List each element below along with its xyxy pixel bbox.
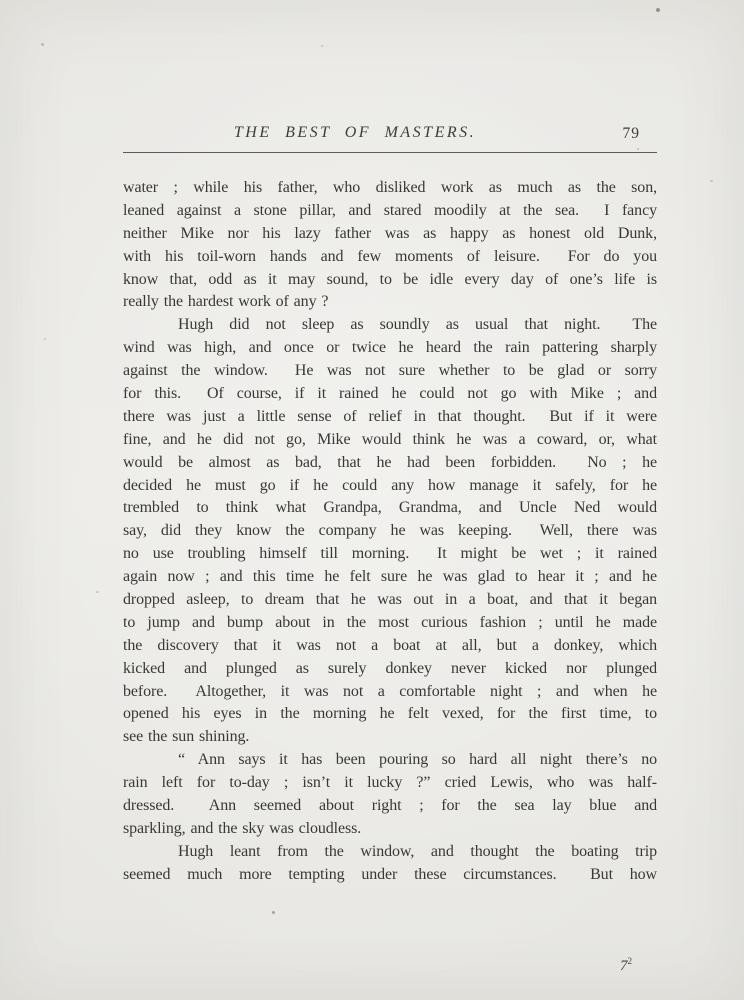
text-line: “ Ann says it has been pouring so hard a… [123, 749, 657, 772]
text-line: wind was high, and once or twice he hear… [123, 337, 657, 360]
running-head: THE BEST OF MASTERS. 79 [123, 124, 657, 146]
signature-superscript: 2 [628, 956, 633, 966]
text-line: dropped asleep, to dream that he was out… [123, 589, 657, 612]
paper-speck [321, 45, 323, 47]
text-line: decided he must go if he could any how m… [123, 475, 657, 498]
text-line: no use troubling himself till morning. I… [123, 543, 657, 566]
signature-mark: 72 [620, 956, 632, 975]
text-line: against the window. He was not sure whet… [123, 360, 657, 383]
paper-speck [710, 180, 713, 182]
paper-speck [637, 148, 639, 150]
page-number: 79 [623, 125, 641, 143]
paragraph: Hugh leant from the window, and thought … [123, 841, 657, 887]
paper-speck [272, 911, 275, 914]
text-line: would be almost as bad, that he had been… [123, 452, 657, 475]
text-line: water ; while his father, who disliked w… [123, 177, 657, 200]
paragraph: water ; while his father, who disliked w… [123, 177, 657, 314]
text-line: see the sun shining. [123, 726, 657, 749]
text-line: opened his eyes in the morning he felt v… [123, 703, 657, 726]
paragraph: Hugh did not sleep as soundly as usual t… [123, 314, 657, 749]
paragraph: “ Ann says it has been pouring so hard a… [123, 749, 657, 841]
text-line: neither Mike nor his lazy father was as … [123, 223, 657, 246]
text-line: for this. Of course, if it rained he cou… [123, 383, 657, 406]
text-line: dressed. Ann seemed about right ; for th… [123, 795, 657, 818]
text-line: kicked and plunged as surely donkey neve… [123, 658, 657, 681]
text-line: to jump and bump about in the most curio… [123, 612, 657, 635]
text-line: sparkling, and the sky was cloudless. [123, 818, 657, 841]
paper-speck [96, 591, 99, 593]
paper-speck [656, 8, 660, 12]
text-line: seemed much more tempting under these ci… [123, 864, 657, 887]
text-line: again now ; and this time he felt sure h… [123, 566, 657, 589]
text-line: leaned against a stone pillar, and stare… [123, 200, 657, 223]
text-line: Hugh leant from the window, and thought … [123, 841, 657, 864]
text-line: with his toil-worn hands and few moments… [123, 246, 657, 269]
text-line: really the hardest work of any ? [123, 291, 657, 314]
text-line: there was just a little sense of relief … [123, 406, 657, 429]
paper-speck [41, 43, 44, 46]
text-line: trembled to think what Grandpa, Grandma,… [123, 497, 657, 520]
text-line: know that, odd as it may sound, to be id… [123, 269, 657, 292]
running-title: THE BEST OF MASTERS. [123, 124, 587, 142]
text-line: fine, and he did not go, Mike would thin… [123, 429, 657, 452]
paper-speck [44, 338, 46, 340]
text-block: water ; while his father, who disliked w… [123, 177, 657, 887]
text-line: Hugh did not sleep as soundly as usual t… [123, 314, 657, 337]
header-rule [123, 152, 657, 153]
book-page: THE BEST OF MASTERS. 79 water ; while hi… [0, 0, 744, 1000]
text-line: say, did they know the company he was ke… [123, 520, 657, 543]
text-line: before. Altogether, it was not a comfort… [123, 681, 657, 704]
text-line: the discovery that it was not a boat at … [123, 635, 657, 658]
text-line: rain left for to-day ; isn’t it lucky ?”… [123, 772, 657, 795]
signature-base: 7 [620, 958, 628, 974]
